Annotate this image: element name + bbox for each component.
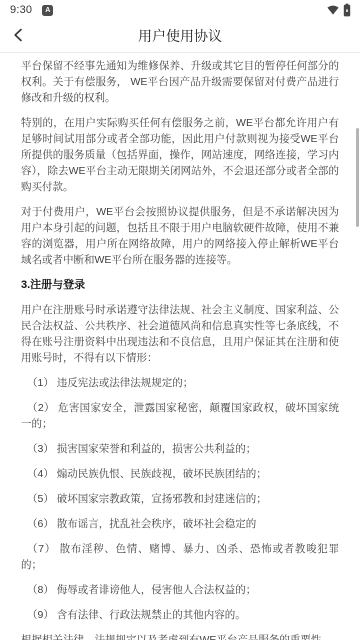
battery-icon	[343, 3, 351, 17]
agreement-paragraph: 根据相关法律、法规规定以及考虑到有WE平台产品服务的重要性，	[21, 632, 339, 640]
chevron-left-icon	[12, 27, 24, 46]
page-title: 用户使用协议	[0, 26, 360, 46]
agreement-paragraph: 用户在注册账号时承诺遵守法律法规、社会主义制度、国家利益、公民合法权益、公共秩序…	[21, 302, 339, 366]
agreement-paragraph: 平台保留不经事先通知为维修保养、升级或其它目的暂停任何部分的权利。关于有偿服务，…	[21, 58, 339, 106]
notification-app-icon: A	[42, 5, 53, 16]
agreement-text-area[interactable]: 平台保留不经事先通知为维修保养、升级或其它目的暂停任何部分的权利。关于有偿服务，…	[0, 53, 360, 640]
list-item: （7） 散布淫秽、色情、赌博、暴力、凶杀、恐怖或者教唆犯罪的；	[21, 541, 339, 573]
scrollbar-thumb[interactable]	[356, 128, 359, 227]
list-item: （9） 含有法律、行政法规禁止的其他内容的。	[21, 607, 339, 623]
list-item: （4） 煽动民族仇恨、民族歧视，破坏民族团结的；	[21, 466, 339, 482]
status-bar: 9:30 A	[0, 0, 360, 20]
app-bar: 用户使用协议	[0, 20, 360, 52]
list-item: （2） 危害国家安全，泄露国家秘密，颠覆国家政权，破坏国家统一的；	[21, 400, 339, 432]
list-item: （8） 侮辱或者诽谤他人，侵害他人合法权益的；	[21, 582, 339, 598]
agreement-paragraph: 对于付费用户，WE平台会按照协议提供服务，但是不承诺解决因为用户本身引起的问题，…	[21, 204, 339, 268]
clock-time: 9:30	[10, 4, 32, 16]
wifi-icon	[327, 5, 339, 15]
agreement-paragraph: 特别的，在用户实际购买任何有偿服务之前，WE平台都允许用户有足够时间试用部分或者…	[21, 115, 339, 195]
list-item: （1） 违反宪法或法律法规规定的；	[21, 375, 339, 391]
back-button[interactable]	[6, 20, 30, 52]
list-item: （3） 损害国家荣誉和利益的，损害公共利益的；	[21, 441, 339, 457]
list-item: （5） 破坏国家宗教政策，宣扬邪教和封建迷信的；	[21, 491, 339, 507]
section-heading-registration: 3.注册与登录	[21, 277, 339, 293]
list-item: （6） 散布谣言，扰乱社会秩序，破坏社会稳定的	[21, 516, 339, 532]
